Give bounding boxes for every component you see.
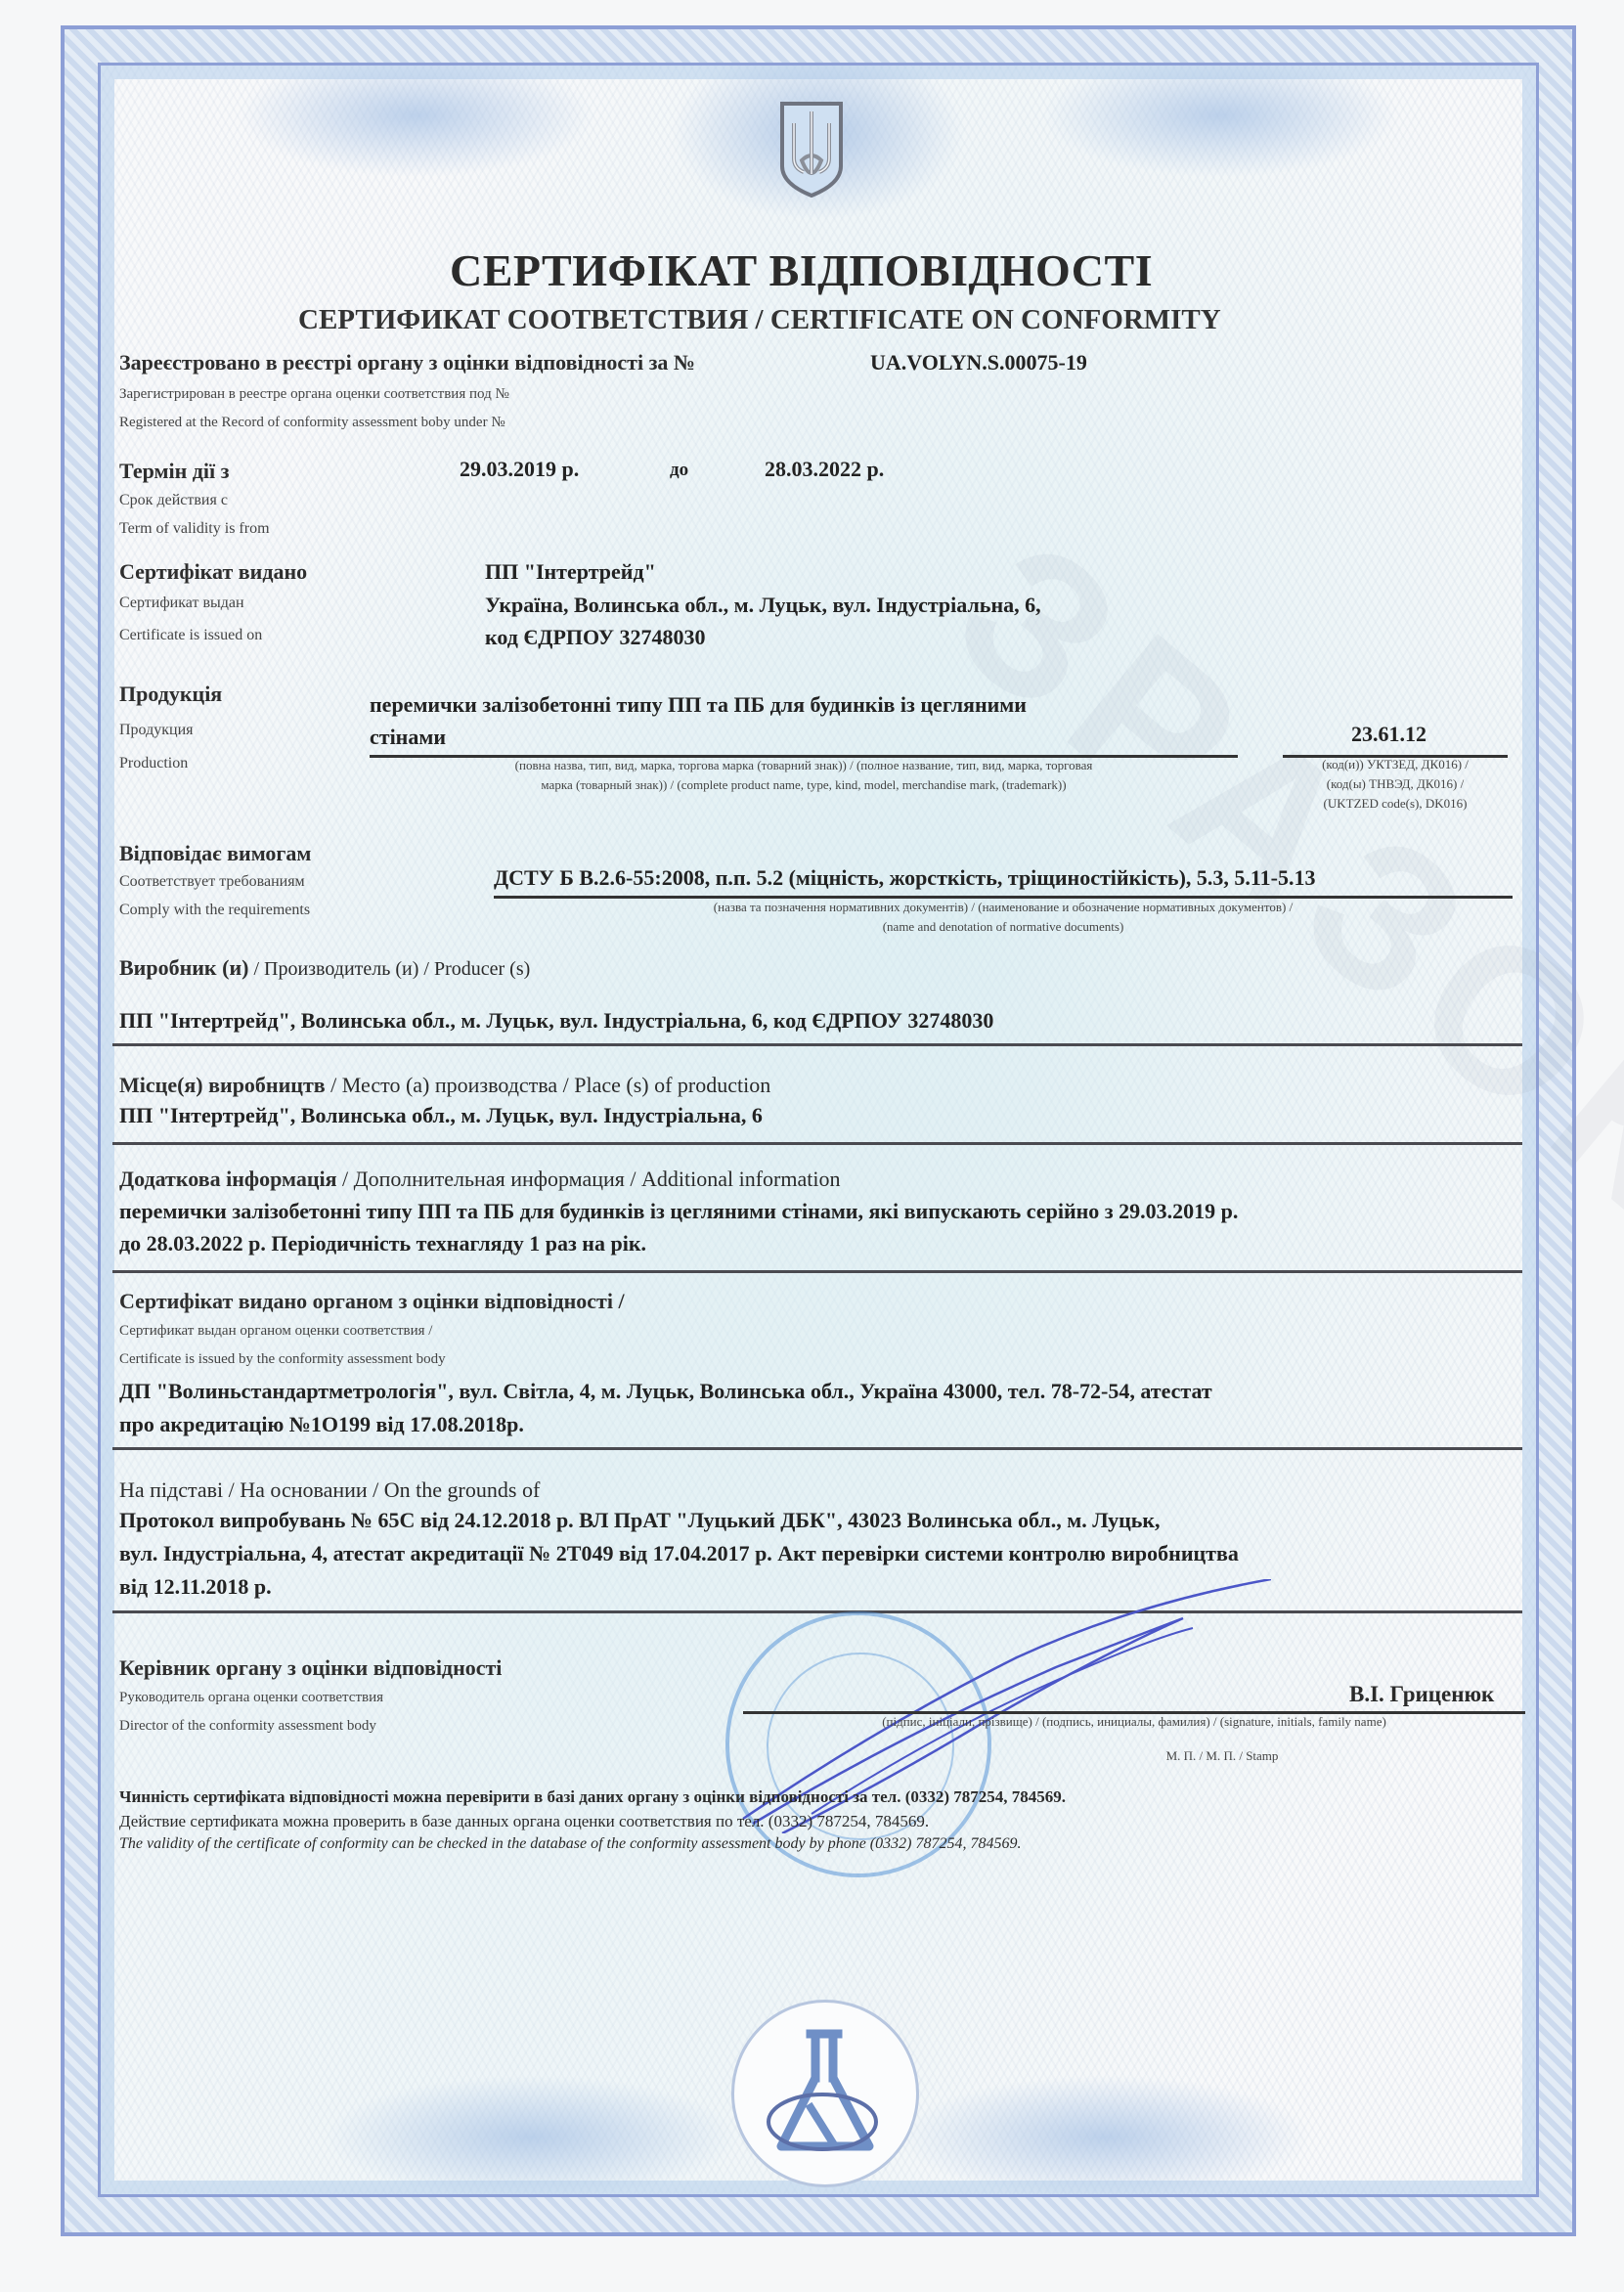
- additional-header: Додаткова інформація / Дополнительная ин…: [119, 1167, 840, 1192]
- grounds-label: На підставі / На основании / On the grou…: [119, 1477, 540, 1503]
- product-label-ru: Продукция: [119, 722, 194, 739]
- issued-to-company: ПП "Інтертрейд": [485, 559, 656, 585]
- page-subtitle: СЕРТИФИКАТ СООТВЕТСТВИЯ / CERTIFICATE ON…: [298, 304, 1221, 336]
- divider: [112, 1447, 1522, 1450]
- product-label: Продукція: [119, 682, 222, 707]
- issuer-label-ru: Сертификат выдан органом оценки соответс…: [119, 1323, 432, 1340]
- requirements-label-en: Comply with the requirements: [119, 902, 310, 919]
- place-header: Місце(я) виробництв / Место (а) производ…: [119, 1073, 770, 1098]
- registration-label: Зареєстровано в реєстрі органу з оцінки …: [119, 350, 695, 375]
- validity-from: 29.03.2019 р.: [460, 457, 579, 482]
- validity-label-en: Term of validity is from: [119, 520, 270, 538]
- product-code-caption-1: (код(и)) УКТЗЕД, ДК016) /: [1283, 757, 1508, 772]
- requirements-label-ru: Соответствует требованиям: [119, 873, 305, 891]
- producer-header: Виробник (и) / Производитель (и) / Produ…: [119, 955, 530, 981]
- issued-to-address: Україна, Волинська обл., м. Луцьк, вул. …: [485, 593, 1041, 618]
- place-label-rest: / Место (а) производства / Place (s) of …: [326, 1073, 771, 1097]
- additional-line-2: до 28.03.2022 р. Періодичність технагляд…: [119, 1231, 646, 1256]
- coat-of-arms-icon: [772, 90, 851, 199]
- product-caption-2: марка (товарный знак)) / (complete produ…: [370, 777, 1238, 793]
- director-label-ru: Руководитель органа оценки соответствия: [119, 1690, 383, 1706]
- product-name-line1: перемички залізобетонні типу ПП та ПБ дл…: [370, 692, 1027, 718]
- conformity-mark-icon: [731, 2000, 919, 2187]
- additional-line-1: перемички залізобетонні типу ПП та ПБ дл…: [119, 1199, 1238, 1224]
- place-value: ПП "Інтертрейд", Волинська обл., м. Луць…: [119, 1103, 763, 1128]
- product-caption-1: (повна назва, тип, вид, марка, торгова м…: [370, 758, 1238, 773]
- director-name: В.І. Гриценюк: [1349, 1682, 1494, 1707]
- issuer-line-1: ДП "Волиньстандартметрологія", вул. Світ…: [119, 1379, 1212, 1404]
- requirements-label: Відповідає вимогам: [119, 841, 311, 866]
- divider: [112, 1270, 1522, 1273]
- requirements-underline: [494, 896, 1513, 899]
- additional-label-rest: / Дополнительная информация / Additional…: [337, 1167, 841, 1191]
- product-code-caption-3: (UKTZED code(s), DK016): [1283, 796, 1508, 812]
- issued-to-code: код ЄДРПОУ 32748030: [485, 625, 706, 650]
- footer-validity-ru: Действие сертификата можна проверить в б…: [119, 1812, 929, 1831]
- issued-to-label-ru: Сертификат выдан: [119, 595, 244, 612]
- grounds-line-3: від 12.11.2018 р.: [119, 1574, 272, 1600]
- stamp-caption: М. П. / М. П. / Stamp: [1115, 1748, 1330, 1764]
- issued-to-label: Сертифікат видано: [119, 559, 307, 585]
- validity-label-ru: Срок действия с: [119, 492, 228, 509]
- additional-label: Додаткова інформація: [119, 1167, 337, 1191]
- grounds-line-2: вул. Індустріальна, 4, атестат акредитац…: [119, 1541, 1239, 1566]
- footer-validity-ua: Чинність сертифіката відповідності можна…: [119, 1787, 1066, 1807]
- product-label-en: Production: [119, 755, 188, 772]
- validity-to: 28.03.2022 р.: [765, 457, 884, 482]
- divider: [112, 1142, 1522, 1145]
- product-name-line2: стінами: [370, 725, 446, 750]
- inner-border-guilloche: [98, 63, 1539, 2197]
- grounds-line-1: Протокол випробувань № 65С від 24.12.201…: [119, 1508, 1161, 1533]
- issuer-line-2: про акредитацію №1О199 від 17.08.2018р.: [119, 1412, 524, 1437]
- producer-value: ПП "Інтертрейд", Волинська обл., м. Луць…: [119, 1008, 993, 1034]
- producer-label-rest: / Производитель (и) / Producer (s): [248, 958, 530, 980]
- footer-validity-en: The validity of the certificate of confo…: [119, 1835, 1021, 1853]
- page-title: СЕРТИФІКАТ ВІДПОВІДНОСТІ: [450, 244, 1153, 296]
- place-label: Місце(я) виробництв: [119, 1073, 326, 1097]
- registration-label-en: Registered at the Record of conformity a…: [119, 415, 505, 431]
- requirements-value: ДСТУ Б В.2.6-55:2008, п.п. 5.2 (міцність…: [494, 865, 1316, 891]
- registration-number: UA.VOLYN.S.00075-19: [870, 350, 1087, 375]
- product-code-caption-2: (код(ы) ТНВЭД, ДК016) /: [1283, 776, 1508, 792]
- issuer-label-en: Certificate is issued by the conformity …: [119, 1351, 446, 1368]
- signature-caption: (підпис, ініціали, прізвище) / (подпись,…: [743, 1714, 1525, 1730]
- requirements-caption-1: (назва та позначення нормативних докумен…: [494, 900, 1513, 915]
- registration-label-ru: Зарегистрирован в реестре органа оценки …: [119, 386, 509, 403]
- certificate-page: ЗРАЗОК СЕРТИФІКАТ ВІДПОВІДНОСТІ СЕРТИФИК…: [0, 0, 1624, 2292]
- validity-label: Термін дії з: [119, 459, 229, 484]
- director-label-en: Director of the conformity assessment bo…: [119, 1718, 376, 1735]
- requirements-caption-2: (name and denotation of normative docume…: [494, 919, 1513, 935]
- issuer-label: Сертифікат видано органом з оцінки відпо…: [119, 1289, 625, 1314]
- producer-label: Виробник (и): [119, 955, 248, 980]
- issued-to-label-en: Certificate is issued on: [119, 627, 262, 644]
- validity-to-word: до: [670, 460, 688, 481]
- director-label: Керівник органу з оцінки відповідності: [119, 1655, 502, 1681]
- product-code: 23.61.12: [1351, 722, 1426, 747]
- divider: [112, 1043, 1522, 1046]
